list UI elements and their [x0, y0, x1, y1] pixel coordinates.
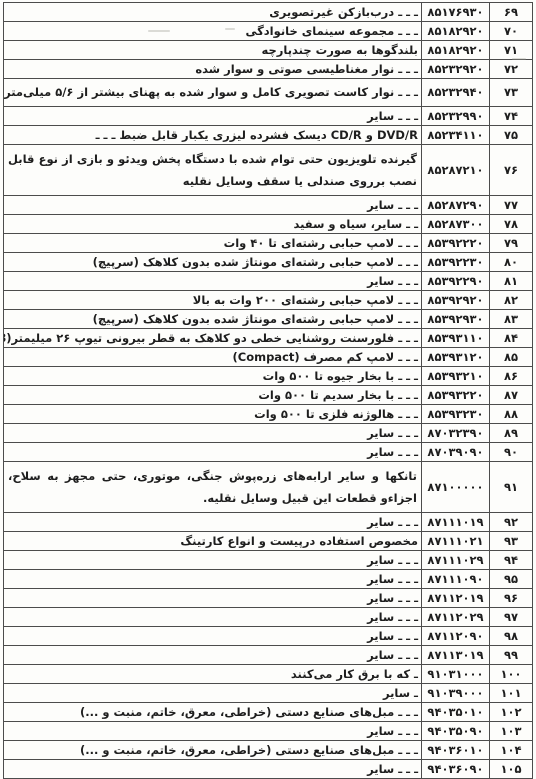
row-number-cell: ۹۵: [490, 570, 533, 589]
description-cell: ـ ـ ـ سایر: [4, 627, 422, 646]
scan-artifact: [148, 30, 170, 32]
tariff-table-row: ۸۹ ۸۷۰۳۲۳۹۰ ـ ـ ـ سایر: [4, 424, 533, 443]
hs-code-cell: ۸۵۳۹۳۲۲۰: [422, 386, 490, 405]
tariff-table-row: ۷۶ ۸۵۲۸۷۲۱۰ گیرنده تلویزیون حتی توام شده…: [4, 145, 533, 196]
tariff-table-row: ۹۹ ۸۷۱۱۳۰۱۹ ـ ـ ـ سایر: [4, 646, 533, 665]
description-cell: ـ ـ ـ مبل‌های صنایع دستی (خراطی، معرق، خ…: [4, 741, 422, 760]
hs-code-cell: ۹۴۰۳۶۰۹۰: [422, 760, 490, 779]
description-cell: مخصوص استفاده درپیست و انواع کارتینگ: [4, 532, 422, 551]
row-number-cell: ۸۵: [490, 348, 533, 367]
hs-code-cell: ۸۷۱۱۲۰۹۰: [422, 627, 490, 646]
row-number-cell: ۹۹: [490, 646, 533, 665]
hs-code-cell: ۸۷۱۱۱۰۲۹: [422, 551, 490, 570]
tariff-table-row: ۸۸ ۸۵۳۹۳۲۳۰ ـ ـ ـ هالوژنه فلزی تا ۵۰۰ وا…: [4, 405, 533, 424]
row-number-cell: ۷۴: [490, 107, 533, 126]
tariff-table-row: ۱۰۰ ۹۱۰۳۱۰۰۰ ـ که با برق کار می‌کنند: [4, 665, 533, 684]
row-number-cell: ۱۰۵: [490, 760, 533, 779]
row-number-cell: ۱۰۱: [490, 684, 533, 703]
hs-code-cell: ۸۵۲۳۴۱۱۰: [422, 126, 490, 145]
tariff-table: ۶۹ ۸۵۱۷۶۹۳۰ ـ ـ ـ درب‌بازکن غیرتصویری ۷۰…: [3, 2, 533, 779]
row-number-cell: ۱۰۰: [490, 665, 533, 684]
description-cell: DVD/R و CD/R دیسک فشرده لیزری یکبار قابل…: [4, 126, 422, 145]
hs-code-cell: ۸۷۰۳۹۰۹۰: [422, 443, 490, 462]
hs-code-cell: ۸۵۳۹۲۹۳۰: [422, 310, 490, 329]
hs-code-cell: ۸۵۱۸۲۹۲۰: [422, 22, 490, 41]
description-cell: ـ ـ ـ سایر: [4, 570, 422, 589]
tariff-table-row: ۷۸ ۸۵۲۸۷۳۰۰ ـ ـ سایر، سیاه و سفید: [4, 215, 533, 234]
row-number-cell: ۷۷: [490, 196, 533, 215]
tariff-table-row: ۸۵ ۸۵۳۹۳۱۲۰ ـ ـ ـ لامپ کم مصرف (Compact): [4, 348, 533, 367]
hs-code-cell: ۸۵۲۸۷۲۹۰: [422, 196, 490, 215]
hs-code-cell: ۸۵۳۹۲۲۲۰: [422, 234, 490, 253]
description-cell: ـ ـ ـ سایر: [4, 722, 422, 741]
tariff-table-body: ۶۹ ۸۵۱۷۶۹۳۰ ـ ـ ـ درب‌بازکن غیرتصویری ۷۰…: [4, 3, 533, 779]
description-cell: ـ ـ ـ سایر: [4, 196, 422, 215]
scanned-document-page: ۶۹ ۸۵۱۷۶۹۳۰ ـ ـ ـ درب‌بازکن غیرتصویری ۷۰…: [0, 0, 536, 779]
row-number-cell: ۹۶: [490, 589, 533, 608]
description-cell: تانکها و سایر ارابه‌های زره‌پوش جنگی، مو…: [4, 462, 422, 513]
tariff-table-row: ۷۷ ۸۵۲۸۷۲۹۰ ـ ـ ـ سایر: [4, 196, 533, 215]
tariff-table-row: ۹۳ ۸۷۱۱۱۰۲۱ مخصوص استفاده درپیست و انواع…: [4, 532, 533, 551]
row-number-cell: ۸۱: [490, 272, 533, 291]
hs-code-cell: ۸۵۲۳۲۹۴۰: [422, 79, 490, 107]
row-number-cell: ۹۰: [490, 443, 533, 462]
scan-artifact: [512, 58, 526, 60]
tariff-table-row: ۱۰۳ ۹۴۰۳۵۰۹۰ ـ ـ ـ سایر: [4, 722, 533, 741]
tariff-table-row: ۹۵ ۸۷۱۱۱۰۹۰ ـ ـ ـ سایر: [4, 570, 533, 589]
tariff-table-row: ۸۱ ۸۵۳۹۲۲۹۰ ـ ـ ـ سایر: [4, 272, 533, 291]
description-cell: ـ ـ ـ لامپ حبابی رشته‌ای مونتاژ شده بدون…: [4, 253, 422, 272]
hs-code-cell: ۸۵۲۳۲۹۲۰: [422, 60, 490, 79]
tariff-table-row: ۷۳ ۸۵۲۳۲۹۴۰ ـ ـ ـ نوار کاست تصویری کامل …: [4, 79, 533, 107]
tariff-table-row: ۹۸ ۸۷۱۱۲۰۹۰ ـ ـ ـ سایر: [4, 627, 533, 646]
row-number-cell: ۹۸: [490, 627, 533, 646]
row-number-cell: ۷۲: [490, 60, 533, 79]
row-number-cell: ۶۹: [490, 3, 533, 22]
description-cell: بلندگوها به صورت چندپارچه: [4, 41, 422, 60]
tariff-table-row: ۸۲ ۸۵۳۹۲۹۲۰ ـ ـ ـ لامپ حبابی رشته‌ای ۲۰۰…: [4, 291, 533, 310]
description-cell: ـ ـ ـ سایر: [4, 272, 422, 291]
description-cell: ـ ـ ـ لامپ حبابی رشته‌ای مونتاژ شده بدون…: [4, 310, 422, 329]
tariff-table-row: ۹۰ ۸۷۰۳۹۰۹۰ ـ ـ ـ سایر: [4, 443, 533, 462]
description-cell: ـ ـ ـ لامپ حبابی رشته‌ای ۲۰۰ وات به بالا: [4, 291, 422, 310]
description-cell: ـ ـ ـ سایر: [4, 608, 422, 627]
description-cell: ـ ـ ـ سایر: [4, 424, 422, 443]
row-number-cell: ۸۴: [490, 329, 533, 348]
description-cell: ـ ـ ـ فلورسنت روشنایی خطی دو کلاهک به قط…: [4, 329, 422, 348]
description-cell: گیرنده تلویزیون حتی توام شده با دستگاه پ…: [4, 145, 422, 196]
description-cell: ـ ـ ـ سایر: [4, 551, 422, 570]
tariff-table-row: ۹۶ ۸۷۱۱۲۰۱۹ ـ ـ ـ سایر: [4, 589, 533, 608]
description-cell: ـ ـ ـ با بخار سدیم تا ۵۰۰ وات: [4, 386, 422, 405]
hs-code-cell: ۸۵۳۹۳۲۳۰: [422, 405, 490, 424]
tariff-table-row: ۸۶ ۸۵۳۹۳۲۱۰ ـ ـ ـ با بخار جیوه تا ۵۰۰ وا…: [4, 367, 533, 386]
description-cell: ـ ـ ـ مبل‌های صنایع دستی (خراطی، معرق، خ…: [4, 703, 422, 722]
tariff-table-row: ۱۰۴ ۹۴۰۳۶۰۱۰ ـ ـ ـ مبل‌های صنایع دستی (خ…: [4, 741, 533, 760]
hs-code-cell: ۸۵۳۹۲۲۳۰: [422, 253, 490, 272]
row-number-cell: ۸۳: [490, 310, 533, 329]
row-number-cell: ۸۲: [490, 291, 533, 310]
row-number-cell: ۷۰: [490, 22, 533, 41]
hs-code-cell: ۹۱۰۳۹۰۰۰: [422, 684, 490, 703]
tariff-table-row: ۱۰۵ ۹۴۰۳۶۰۹۰ ـ ـ ـ سایر: [4, 760, 533, 779]
tariff-table-row: ۸۴ ۸۵۳۹۳۱۱۰ ـ ـ ـ فلورسنت روشنایی خطی دو…: [4, 329, 533, 348]
row-number-cell: ۷۵: [490, 126, 533, 145]
description-cell: ـ ـ ـ با بخار جیوه تا ۵۰۰ وات: [4, 367, 422, 386]
description-cell: ـ ـ ـ لامپ حبابی رشته‌ای تا ۴۰ وات: [4, 234, 422, 253]
hs-code-cell: ۹۱۰۳۱۰۰۰: [422, 665, 490, 684]
description-cell: ـ ـ ـ مجموعه سینمای خانوادگی: [4, 22, 422, 41]
hs-code-cell: ۹۴۰۳۶۰۱۰: [422, 741, 490, 760]
tariff-table-row: ۸۰ ۸۵۳۹۲۲۳۰ ـ ـ ـ لامپ حبابی رشته‌ای مون…: [4, 253, 533, 272]
row-number-cell: ۸۰: [490, 253, 533, 272]
description-cell: ـ ـ ـ سایر: [4, 760, 422, 779]
hs-code-cell: ۸۷۱۱۱۰۱۹: [422, 513, 490, 532]
row-number-cell: ۹۷: [490, 608, 533, 627]
tariff-table-row: ۹۴ ۸۷۱۱۱۰۲۹ ـ ـ ـ سایر: [4, 551, 533, 570]
row-number-cell: ۱۰۴: [490, 741, 533, 760]
description-cell: ـ ـ ـ سایر: [4, 107, 422, 126]
row-number-cell: ۹۳: [490, 532, 533, 551]
tariff-table-row: ۷۴ ۸۵۲۳۲۹۹۰ ـ ـ ـ سایر: [4, 107, 533, 126]
hs-code-cell: ۹۴۰۳۵۰۹۰: [422, 722, 490, 741]
hs-code-cell: ۸۷۱۱۲۰۲۹: [422, 608, 490, 627]
hs-code-cell: ۸۷۱۰۰۰۰۰: [422, 462, 490, 513]
row-number-cell: ۸۹: [490, 424, 533, 443]
row-number-cell: ۱۰۳: [490, 722, 533, 741]
tariff-table-row: ۷۱ ۸۵۱۸۲۹۲۰ بلندگوها به صورت چندپارچه: [4, 41, 533, 60]
hs-code-cell: ۸۵۳۹۲۲۹۰: [422, 272, 490, 291]
description-cell: ـ ـ ـ نوار مغناطیسی صوتی و سوار شده: [4, 60, 422, 79]
row-number-cell: ۷۸: [490, 215, 533, 234]
tariff-table-row: ۷۰ ۸۵۱۸۲۹۲۰ ـ ـ ـ مجموعه سینمای خانوادگی: [4, 22, 533, 41]
row-number-cell: ۹۲: [490, 513, 533, 532]
row-number-cell: ۸۶: [490, 367, 533, 386]
row-number-cell: ۷۹: [490, 234, 533, 253]
row-number-cell: ۷۳: [490, 79, 533, 107]
description-cell: ـ ـ سایر، سیاه و سفید: [4, 215, 422, 234]
row-number-cell: ۸۷: [490, 386, 533, 405]
tariff-table-row: ۱۰۱ ۹۱۰۳۹۰۰۰ ـ سایر: [4, 684, 533, 703]
row-number-cell: ۹۴: [490, 551, 533, 570]
hs-code-cell: ۸۵۳۹۲۹۲۰: [422, 291, 490, 310]
row-number-cell: ۷۶: [490, 145, 533, 196]
description-cell: ـ ـ ـ سایر: [4, 589, 422, 608]
tariff-table-row: ۷۲ ۸۵۲۳۲۹۲۰ ـ ـ ـ نوار مغناطیسی صوتی و س…: [4, 60, 533, 79]
row-number-cell: ۷۱: [490, 41, 533, 60]
tariff-table-row: ۸۷ ۸۵۳۹۳۲۲۰ ـ ـ ـ با بخار سدیم تا ۵۰۰ وا…: [4, 386, 533, 405]
tariff-table-row: ۷۹ ۸۵۳۹۲۲۲۰ ـ ـ ـ لامپ حبابی رشته‌ای تا …: [4, 234, 533, 253]
tariff-table-row: ۹۲ ۸۷۱۱۱۰۱۹ ـ ـ ـ سایر: [4, 513, 533, 532]
description-cell: ـ ـ ـ سایر: [4, 513, 422, 532]
hs-code-cell: ۸۷۱۱۱۰۹۰: [422, 570, 490, 589]
hs-code-cell: ۸۵۳۹۳۲۱۰: [422, 367, 490, 386]
hs-code-cell: ۸۵۱۷۶۹۳۰: [422, 3, 490, 22]
tariff-table-row: ۸۳ ۸۵۳۹۲۹۳۰ ـ ـ ـ لامپ حبابی رشته‌ای مون…: [4, 310, 533, 329]
hs-code-cell: ۸۵۲۸۷۳۰۰: [422, 215, 490, 234]
tariff-table-row: ۷۵ ۸۵۲۳۴۱۱۰ DVD/R و CD/R دیسک فشرده لیزر…: [4, 126, 533, 145]
row-number-cell: ۹۱: [490, 462, 533, 513]
hs-code-cell: ۸۷۱۱۱۰۲۱: [422, 532, 490, 551]
description-cell: ـ ـ ـ لامپ کم مصرف (Compact): [4, 348, 422, 367]
description-cell: ـ ـ ـ درب‌بازکن غیرتصویری: [4, 3, 422, 22]
tariff-table-row: ۹۷ ۸۷۱۱۲۰۲۹ ـ ـ ـ سایر: [4, 608, 533, 627]
description-cell: ـ ـ ـ سایر: [4, 646, 422, 665]
hs-code-cell: ۸۵۳۹۳۱۲۰: [422, 348, 490, 367]
tariff-table-row: ۱۰۲ ۹۴۰۳۵۰۱۰ ـ ـ ـ مبل‌های صنایع دستی (خ…: [4, 703, 533, 722]
description-cell: ـ سایر: [4, 684, 422, 703]
tariff-table-row: ۹۱ ۸۷۱۰۰۰۰۰ تانکها و سایر ارابه‌های زره‌…: [4, 462, 533, 513]
hs-code-cell: ۸۷۱۱۲۰۱۹: [422, 589, 490, 608]
description-cell: ـ ـ ـ نوار کاست تصویری کامل و سوار شده ب…: [4, 79, 422, 107]
row-number-cell: ۱۰۲: [490, 703, 533, 722]
description-cell: ـ که با برق کار می‌کنند: [4, 665, 422, 684]
hs-code-cell: ۸۷۱۱۳۰۱۹: [422, 646, 490, 665]
hs-code-cell: ۸۵۱۸۲۹۲۰: [422, 41, 490, 60]
description-cell: ـ ـ ـ هالوژنه فلزی تا ۵۰۰ وات: [4, 405, 422, 424]
row-number-cell: ۸۸: [490, 405, 533, 424]
hs-code-cell: ۹۴۰۳۵۰۱۰: [422, 703, 490, 722]
scan-artifact: [225, 28, 235, 30]
hs-code-cell: ۸۵۳۹۳۱۱۰: [422, 329, 490, 348]
hs-code-cell: ۸۷۰۳۲۳۹۰: [422, 424, 490, 443]
hs-code-cell: ۸۵۲۳۲۹۹۰: [422, 107, 490, 126]
tariff-table-row: ۶۹ ۸۵۱۷۶۹۳۰ ـ ـ ـ درب‌بازکن غیرتصویری: [4, 3, 533, 22]
description-cell: ـ ـ ـ سایر: [4, 443, 422, 462]
hs-code-cell: ۸۵۲۸۷۲۱۰: [422, 145, 490, 196]
